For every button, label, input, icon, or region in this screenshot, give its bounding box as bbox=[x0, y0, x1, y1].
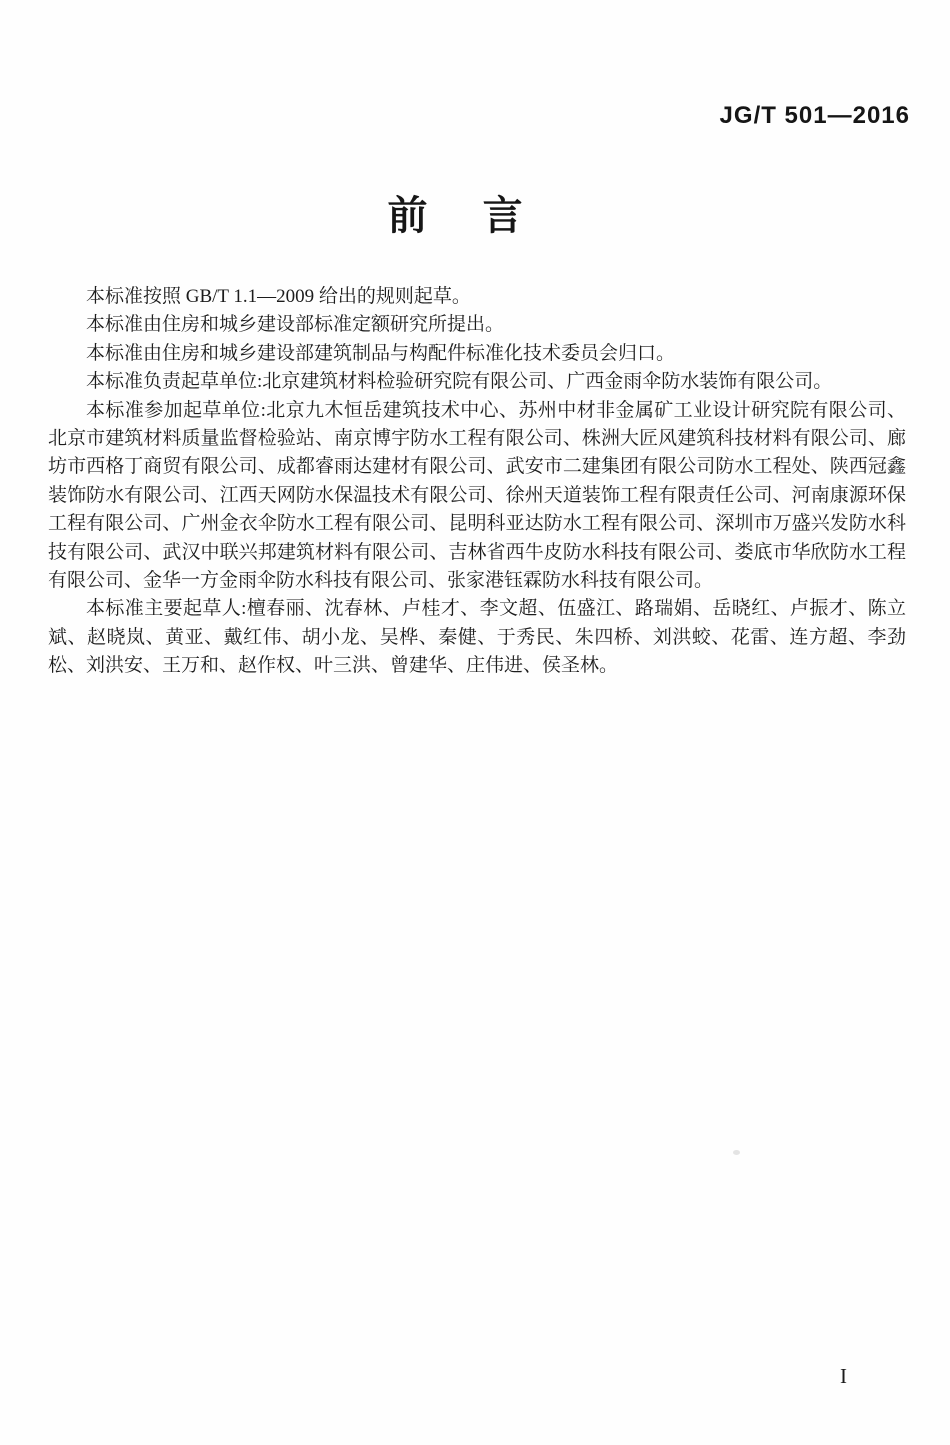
foreword-body: 本标准按照 GB/T 1.1—2009 给出的规则起草。 本标准由住房和城乡建设… bbox=[48, 283, 906, 681]
page-number: I bbox=[840, 1364, 847, 1389]
paragraph-drafting-rules: 本标准按照 GB/T 1.1—2009 给出的规则起草。 bbox=[48, 283, 906, 311]
document-page: JG/T 501—2016 前 言 本标准按照 GB/T 1.1—2009 给出… bbox=[0, 0, 950, 1445]
paragraph-chief-drafters: 本标准主要起草人:檀春丽、沈春林、卢桂才、李文超、伍盛江、路瑞娟、岳晓红、卢振才… bbox=[48, 595, 906, 680]
title-char-yan: 言 bbox=[483, 194, 523, 238]
paragraph-chief-drafting-organizations: 本标准负责起草单位:北京建筑材料检验研究院有限公司、广西金雨伞防水装饰有限公司。 bbox=[48, 368, 906, 396]
paragraph-centralized-by: 本标准由住房和城乡建设部建筑制品与构配件标准化技术委员会归口。 bbox=[48, 340, 906, 368]
standard-number: JG/T 501—2016 bbox=[720, 102, 910, 130]
paragraph-proposed-by: 本标准由住房和城乡建设部标准定额研究所提出。 bbox=[48, 311, 906, 339]
title-char-qian: 前 bbox=[387, 194, 427, 238]
scan-artifact-speck bbox=[733, 1150, 740, 1155]
page-title: 前 言 bbox=[0, 184, 910, 241]
paragraph-participating-organizations: 本标准参加起草单位:北京九木恒岳建筑技术中心、苏州中材非金属矿工业设计研究院有限… bbox=[48, 397, 906, 596]
